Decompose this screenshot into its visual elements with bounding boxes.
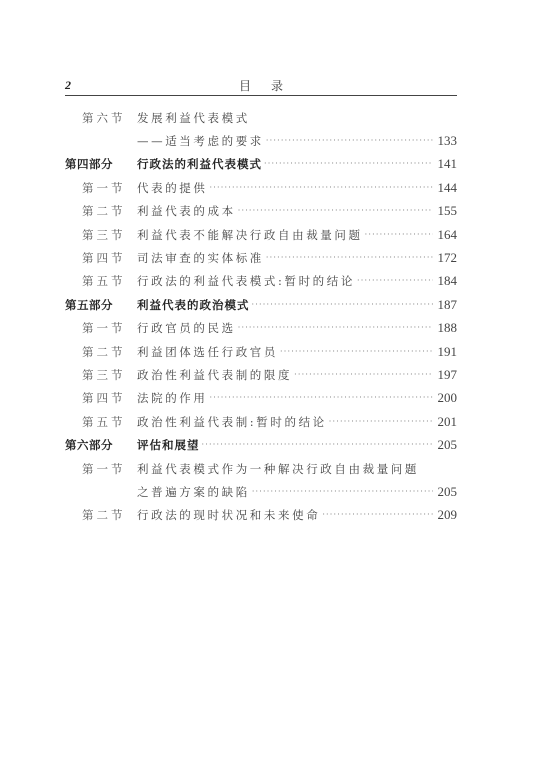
toc-entry: 第一节 行政官员的民选 188 [65,317,457,340]
toc-entry-label: 第一节 [65,180,137,196]
leader-dots [280,348,433,356]
toc-entry-label: 第三节 [65,227,137,243]
toc-entry-page: 172 [437,250,457,266]
toc-entry: 第六节 发展利益代表模式 [65,106,457,129]
leader-dots [210,184,434,192]
toc-entry-title: 评估和展望 [137,437,200,453]
toc-entry-page: 205 [437,484,457,500]
toc-entry-title: 行政法的现时状况和未来使命 [137,507,320,523]
toc-entry-label: 第四部分 [65,156,137,172]
leader-dots [238,324,433,332]
leader-dots [365,231,433,239]
toc-entry: 第三节 利益代表不能解决行政自由裁量问题 164 [65,223,457,246]
toc-entry-page: 187 [437,297,457,313]
leader-dots [202,441,434,449]
toc-entry: 第一节 代表的提供 144 [65,176,457,199]
toc-entry-title: 司法审查的实体标准 [137,250,264,266]
toc-entry: 第三节 政治性利益代表制的限度 197 [65,363,457,386]
toc-entry-part: 第六部分 评估和展望 205 [65,433,457,456]
leader-dots [322,511,433,519]
toc-entry-label: 第四节 [65,250,137,266]
toc-entry-label: 第二节 [65,507,137,523]
toc-entry-continuation: 之普遍方案的缺陷 205 [65,480,457,503]
toc-entry-page: 191 [437,344,457,360]
toc-entry-title: 法院的作用 [137,390,208,406]
toc-entry-title: 利益代表模式作为一种解决行政自由裁量问题 [137,461,419,477]
toc-entry-label: 第四节 [65,390,137,406]
toc-entry-title: 行政法的利益代表模式 [137,156,262,172]
leader-dots [238,207,433,215]
running-head-title: 目录 [65,77,457,94]
toc-entry: 第四节 司法审查的实体标准 172 [65,246,457,269]
toc-entry-page: 164 [437,227,457,243]
toc-entry-page: 200 [437,390,457,406]
toc-entry-label: 第五节 [65,273,137,289]
toc-entry: 第一节 利益代表模式作为一种解决行政自由裁量问题 [65,457,457,480]
leader-dots [266,137,433,145]
toc-entry-label: 第六部分 [65,437,137,453]
toc-entry-page: 197 [437,367,457,383]
toc-entry-label: 第五部分 [65,297,137,313]
toc-entry-title: 行政官员的民选 [137,320,236,336]
toc-entry-title: 行政法的利益代表模式:暂时的结论 [137,273,355,289]
leader-dots [252,488,433,496]
toc-entry-label: 第一节 [65,320,137,336]
toc-entry: 第二节 利益团体选任行政官员 191 [65,340,457,363]
toc-entry: 第四节 法院的作用 200 [65,387,457,410]
toc-entry-title: 政治性利益代表制:暂时的结论 [137,414,327,430]
toc-entry-page: 201 [437,414,457,430]
toc-entry: 第五节 政治性利益代表制:暂时的结论 201 [65,410,457,433]
toc-entry-title: 政治性利益代表制的限度 [137,367,292,383]
leader-dots [252,301,434,309]
toc-entry-title: 之普遍方案的缺陷 [137,484,250,500]
leader-dots [264,160,433,168]
toc-entry-part: 第四部分 行政法的利益代表模式 141 [65,153,457,176]
toc-entry-label: 第五节 [65,414,137,430]
leader-dots [329,418,433,426]
toc-entry-page: 184 [437,273,457,289]
toc-entry-page: 141 [437,156,457,172]
leader-dots [294,371,433,379]
toc-entry-title: 利益代表的政治模式 [137,297,250,313]
toc-entry-label: 第二节 [65,203,137,219]
toc-entry-title: 发展利益代表模式 [137,110,250,126]
toc-entry: 第五节 行政法的利益代表模式:暂时的结论 184 [65,270,457,293]
toc-entry-title: 利益代表的成本 [137,203,236,219]
toc-entry-part: 第五部分 利益代表的政治模式 187 [65,293,457,316]
toc-entry-page: 155 [437,203,457,219]
toc-entry-title: ——适当考虑的要求 [137,133,264,149]
toc-entry-label: 第二节 [65,344,137,360]
toc-entry-page: 133 [437,133,457,149]
toc-entry-continuation: ——适当考虑的要求 133 [65,129,457,152]
leader-dots [357,277,433,285]
leader-dots [266,254,433,262]
toc-entry-title: 利益团体选任行政官员 [137,344,278,360]
toc-entry: 第二节 利益代表的成本 155 [65,200,457,223]
leader-dots [210,394,434,402]
toc-entry-label: 第六节 [65,110,137,126]
toc-entry-page: 144 [437,180,457,196]
toc-entry-title: 代表的提供 [137,180,208,196]
toc-entry-page: 188 [437,320,457,336]
table-of-contents: 第六节 发展利益代表模式 ——适当考虑的要求 133 第四部分 行政法的利益代表… [65,106,457,527]
toc-entry-page: 205 [437,437,457,453]
toc-entry-page: 209 [437,507,457,523]
page-header: 2 目录 [65,77,457,96]
toc-entry-label: 第一节 [65,461,137,477]
toc-entry-label: 第三节 [65,367,137,383]
toc-entry: 第二节 行政法的现时状况和未来使命 209 [65,504,457,527]
toc-entry-title: 利益代表不能解决行政自由裁量问题 [137,227,363,243]
